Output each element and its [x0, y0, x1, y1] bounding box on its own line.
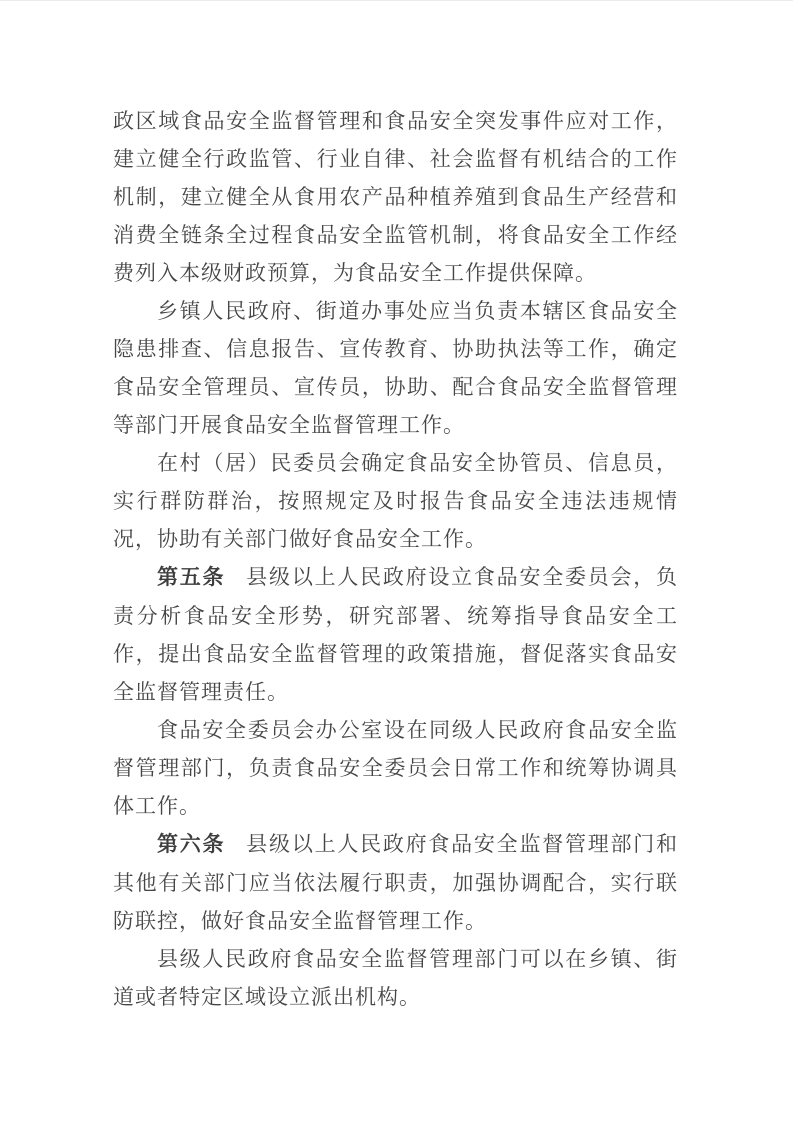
- paragraph-text: 食品安全委员会办公室设在同级人民政府食品安全监督管理部门，负责食品安全委员会日常…: [113, 718, 678, 818]
- paragraph: 在村（居）民委员会确定食品安全协管员、信息员，实行群防群治，按照规定及时报告食品…: [113, 444, 678, 558]
- paragraph: 政区域食品安全监督管理和食品安全突发事件应对工作，建立健全行政监管、行业自律、社…: [113, 102, 678, 292]
- paragraph-text: 政区域食品安全监督管理和食品安全突发事件应对工作，建立健全行政监管、行业自律、社…: [113, 109, 678, 285]
- paragraph: 食品安全委员会办公室设在同级人民政府食品安全监督管理部门，负责食品安全委员会日常…: [113, 711, 678, 825]
- paragraph-article-6: 第六条县级以上人民政府食品安全监督管理部门和其他有关部门应当依法履行职责，加强协…: [113, 825, 678, 940]
- article-number: 第五条: [157, 566, 225, 589]
- paragraph: 县级人民政府食品安全监督管理部门可以在乡镇、街道或者特定区域设立派出机构。: [113, 940, 678, 1016]
- paragraph-article-5: 第五条县级以上人民政府设立食品安全委员会，负责分析食品安全形势，研究部署、统筹指…: [113, 558, 678, 711]
- document-body: 政区域食品安全监督管理和食品安全突发事件应对工作，建立健全行政监管、行业自律、社…: [113, 102, 678, 1016]
- paragraph-text: 在村（居）民委员会确定食品安全协管员、信息员，实行群防群治，按照规定及时报告食品…: [113, 451, 678, 551]
- article-number: 第六条: [157, 833, 225, 856]
- paragraph: 乡镇人民政府、街道办事处应当负责本辖区食品安全隐患排查、信息报告、宣传教育、协助…: [113, 292, 678, 444]
- paragraph-text: 县级人民政府食品安全监督管理部门可以在乡镇、街道或者特定区域设立派出机构。: [113, 947, 678, 1009]
- paragraph-text: 乡镇人民政府、街道办事处应当负责本辖区食品安全隐患排查、信息报告、宣传教育、协助…: [113, 299, 678, 437]
- document-page: 政区域食品安全监督管理和食品安全突发事件应对工作，建立健全行政监管、行业自律、社…: [0, 0, 793, 1122]
